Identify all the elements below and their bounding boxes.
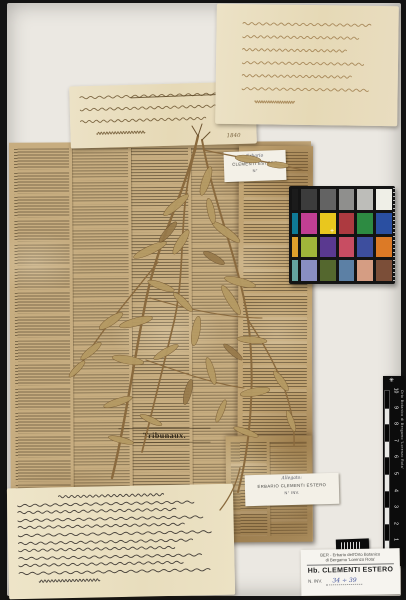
scale-block [385,524,389,541]
color-patch [376,260,392,281]
card-tick-strip [393,188,395,282]
color-patch [301,260,317,281]
scale-block [385,441,389,458]
scale-block [385,507,389,524]
color-patch [339,213,355,234]
color-patch [320,189,336,210]
scale-block [385,491,389,508]
herbarium-scan: Tribunaux. Erbario CLEMENTI ESTERO N° Al… [0,0,406,600]
color-patch [301,213,317,234]
newspaper-headline: Tribunaux. [118,428,210,443]
scale-number: 10 [393,387,398,395]
color-patch [301,189,317,210]
color-patch [357,237,373,258]
color-patch [357,213,373,234]
color-patch [376,189,392,210]
color-patch [357,260,373,281]
handwriting-lines [7,484,235,584]
label-divider [307,563,394,566]
color-patch [292,189,298,210]
color-calibration-card: + [289,186,395,284]
scale-number: 3 [393,503,398,511]
scale-bar: ✳ Orto Botanico di Bergamo 'Lorenzo Rota… [383,376,404,566]
color-patch [339,189,355,210]
scale-block [385,457,389,474]
scale-number: 2 [393,519,398,527]
color-patch [320,237,336,258]
inventory-row: N. INV. 34 ÷ 39 [305,576,396,585]
stamp-line: Allegato: [245,475,339,482]
color-patch [376,213,392,234]
herbarium-stamp-lower: Allegato: ERBARIO CLEMENTI ESTERO N° INV… [245,473,340,506]
scale-number: 4 [393,486,398,494]
scale-number: 1 [393,536,398,544]
color-patch [292,213,298,234]
scale-block [385,474,389,491]
collection-label: BER - Erbario dell'Orto Botanico di Berg… [301,548,401,596]
scale-block [385,408,389,425]
scale-number: 5 [393,470,398,478]
scale-number: 9 [393,403,398,411]
scale-block [385,391,389,408]
handwriting-lines [215,4,398,107]
institution-line: di Bergamo 'Lorenzo Rota' [305,556,396,563]
collection-year: 1840 [227,133,241,139]
color-patch [339,260,355,281]
herbarium-stamp-upper: Erbario CLEMENTI ESTERO N° [223,150,286,182]
newspaper-column [72,148,130,536]
scale-number: 8 [393,420,398,428]
handwritten-note-bottom-left [7,484,235,600]
newspaper-column [14,148,71,536]
color-patch [301,237,317,258]
newspaper-column [131,148,189,536]
stamp-line: N° INV. [245,489,339,496]
card-center-mark: + [330,228,334,235]
stamp-line: Erbario [224,153,286,160]
color-patch [357,189,373,210]
color-patch [376,237,392,258]
scale-bar-institution-text: Orto Botanico di Bergamo 'Lorenzo Rota' [400,390,404,469]
stamp-line: CLEMENTI ESTERO [224,160,286,167]
scale-number: 6 [393,453,398,461]
herbarium-title: Hb. CLEMENTI ESTERO [305,566,396,575]
color-patch [339,237,355,258]
inventory-number: 34 ÷ 39 [326,577,362,586]
color-patch [320,260,336,281]
botanic-garden-logo-icon: ✳ [389,378,394,384]
color-patch [292,237,298,258]
scale-number: 7 [393,436,398,444]
stamp-line: ERBARIO CLEMENTI ESTERO [245,482,339,489]
inventory-prefix: N. INV. [308,578,322,583]
color-patch [292,260,298,281]
handwritten-note-top-right [215,4,399,127]
scale-block [385,424,389,441]
stamp-line: N° [224,167,286,174]
